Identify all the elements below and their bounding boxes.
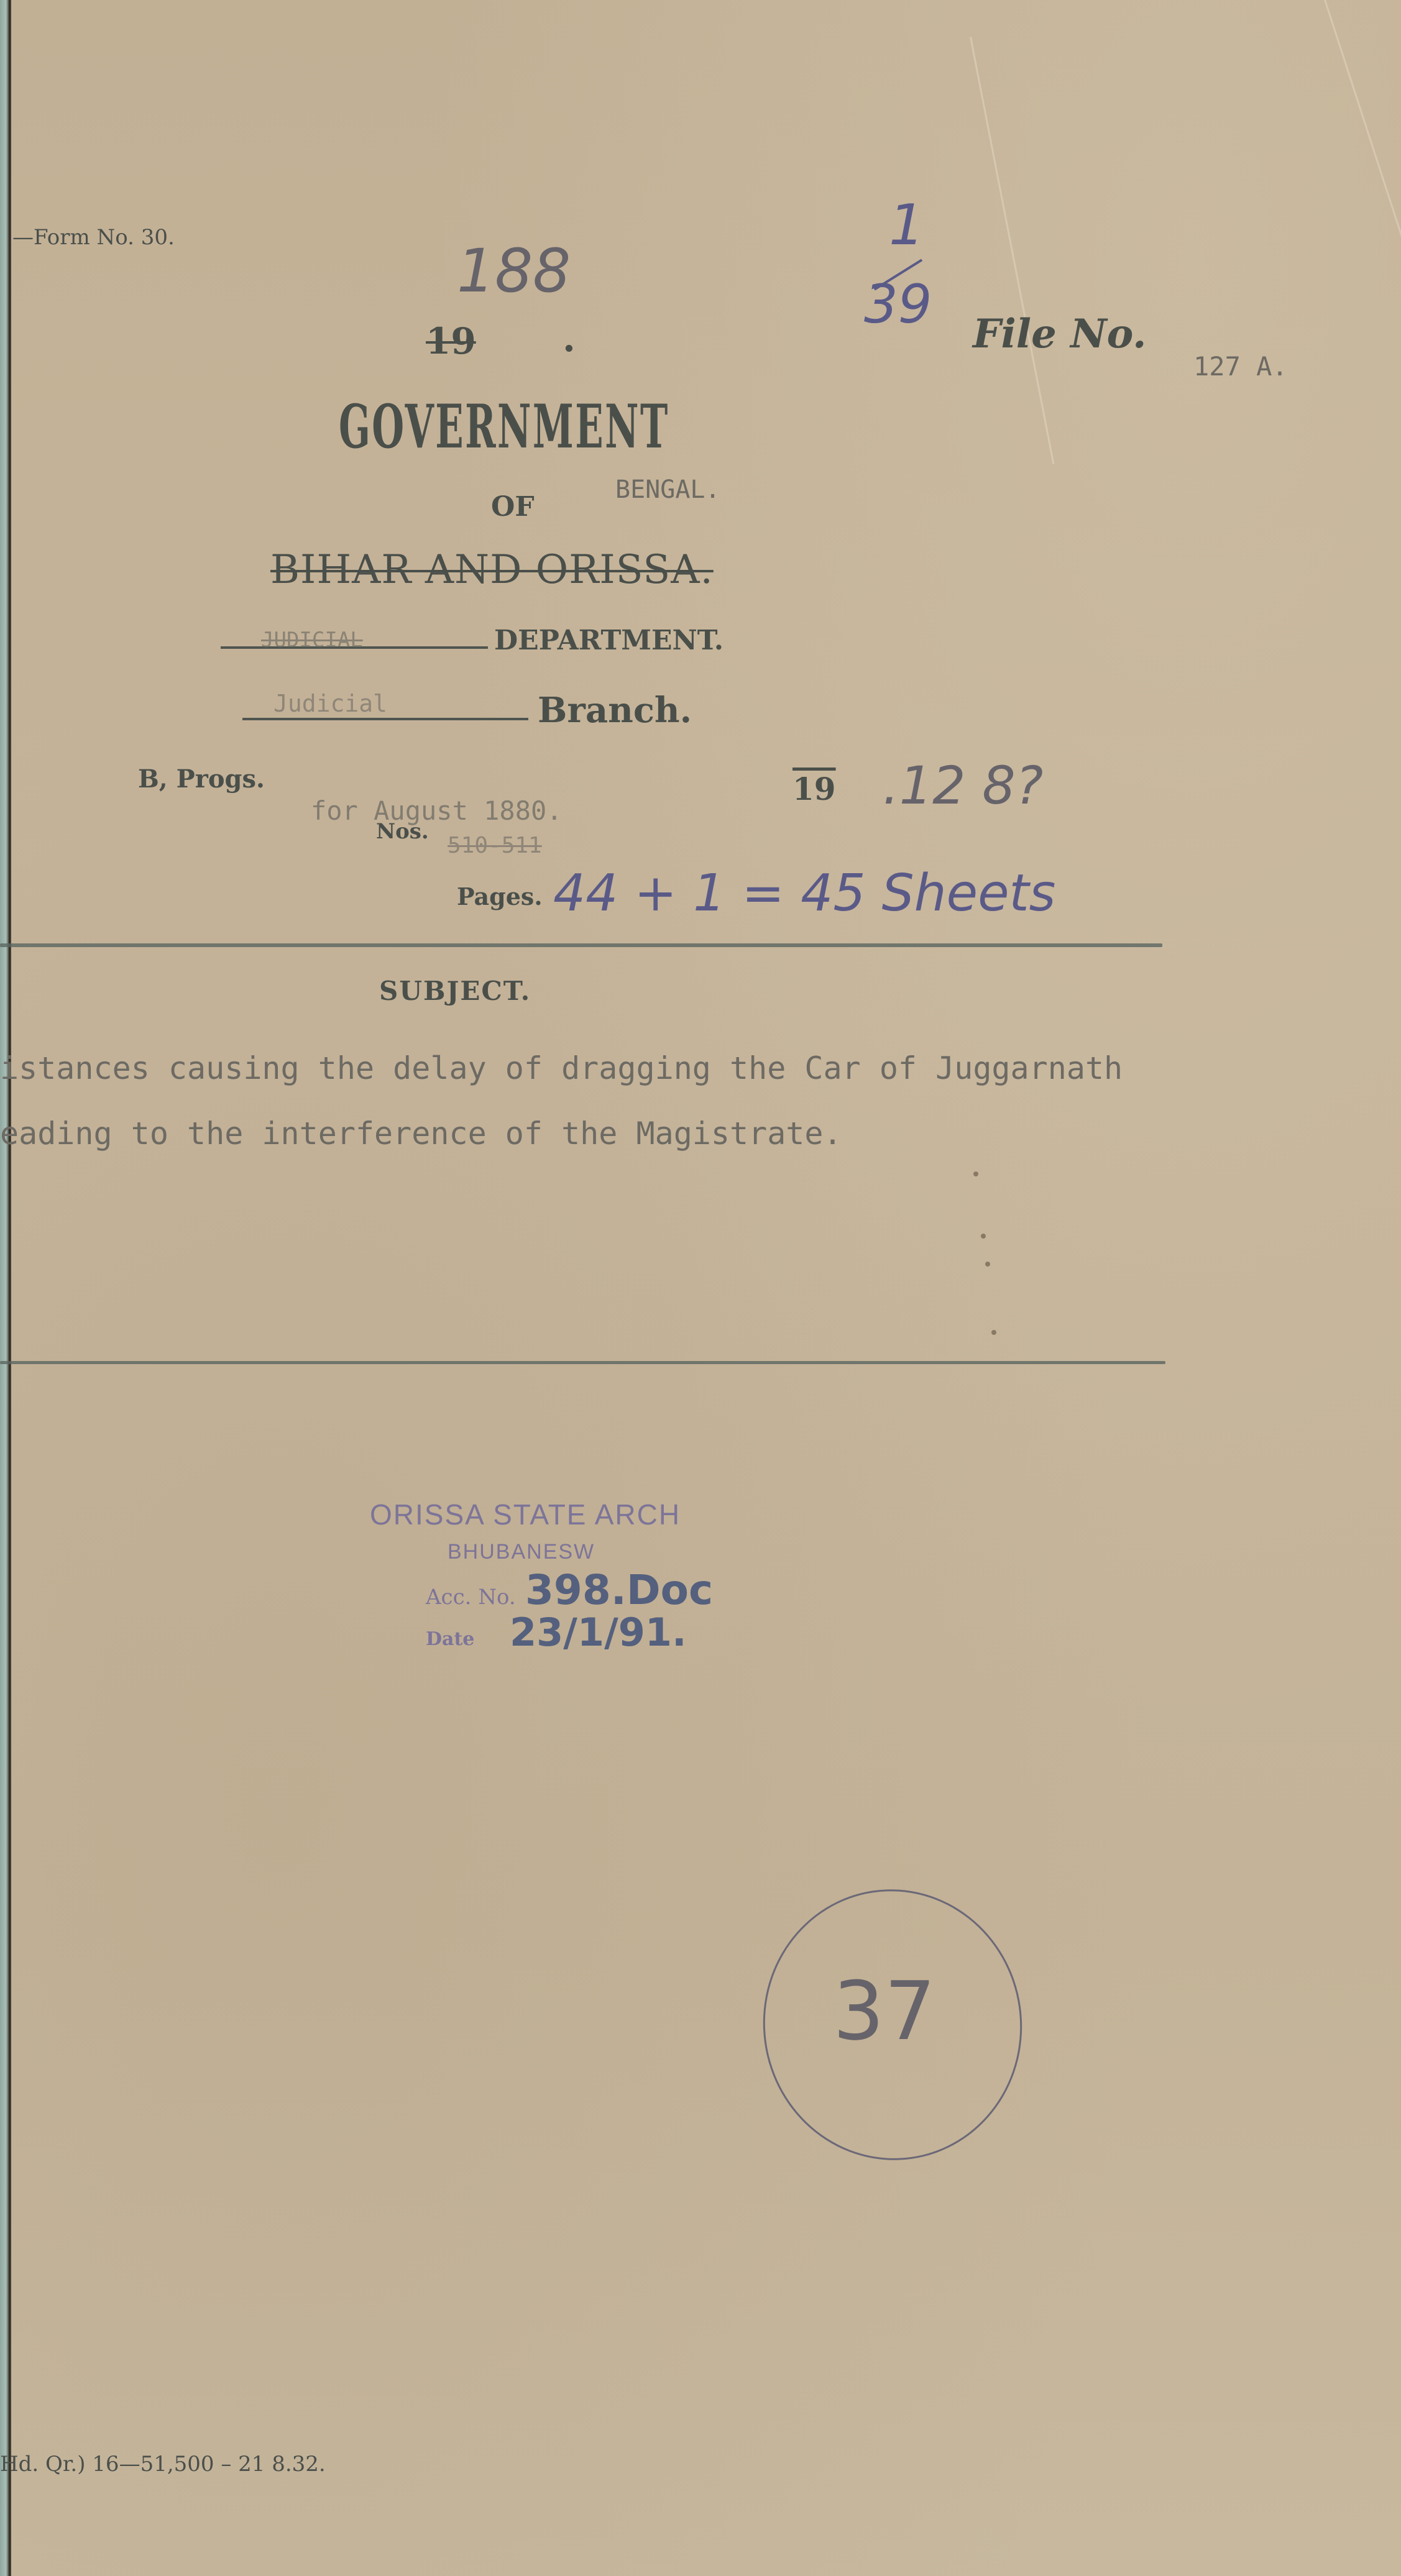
year-dot: .: [563, 317, 576, 360]
divider-rule-bottom: [0, 1361, 1165, 1364]
file-cover-paper: [0, 0, 1401, 2576]
ink-speck: [991, 1330, 996, 1335]
form-number: —Form No. 30.: [12, 225, 175, 250]
divider-rule-top: [0, 943, 1162, 947]
progs-typed: for August 1880.: [311, 795, 563, 826]
circled-number-text: 37: [833, 1964, 935, 2058]
branch-typed-struck: Judicial: [273, 690, 387, 717]
department-typed-struck: JUDICIAL: [261, 628, 363, 653]
fraction-denominator: 39: [864, 273, 932, 336]
footer-imprint: Hd. Qr.) 16—51,500 – 21 8.32.: [0, 2452, 326, 2477]
nos-value-struck: 510-511: [448, 833, 542, 858]
progs-year-handwritten: .12 8?: [883, 755, 1043, 816]
ink-speck: [973, 1171, 978, 1176]
handwritten-year: 188: [457, 236, 571, 306]
subject-line-1: istances causing the delay of dragging t…: [0, 1050, 1123, 1086]
branch-label: Branch.: [538, 690, 692, 731]
file-no-value: 127 A.: [1193, 351, 1288, 382]
ink-speck: [985, 1262, 990, 1267]
heading-government: GOVERNMENT: [339, 392, 872, 462]
archive-stamp-line2: BHUBANESW: [448, 1540, 595, 1564]
acc-no-label: Acc. No.: [426, 1585, 516, 1610]
nos-label: Nos.: [376, 819, 429, 844]
date-value: 23/1/91.: [510, 1610, 687, 1655]
date-label: Date: [426, 1628, 474, 1650]
heading-of: OF: [491, 491, 535, 523]
cover-edge-line: [9, 0, 11, 2576]
department-label: DEPARTMENT.: [494, 625, 723, 656]
progs-year-printed: 19: [792, 771, 836, 807]
pages-handwritten: 44 + 1 = 45 Sheets: [553, 864, 1055, 923]
acc-no-value: 398.Doc: [525, 1566, 713, 1614]
branch-blank-line: [242, 718, 528, 720]
pages-label: Pages.: [457, 882, 543, 910]
ink-speck: [981, 1234, 986, 1239]
province-printed-struck: BIHAR AND ORISSA.: [270, 547, 714, 593]
archive-stamp-line1: ORISSA STATE ARCH: [370, 1498, 681, 1531]
province-typed: BENGAL.: [615, 475, 720, 504]
file-no-label: File No.: [973, 311, 1146, 357]
fraction-numerator: 1: [889, 193, 924, 258]
heading-government-text: GOVERNMENT: [339, 392, 669, 462]
subject-line-2: eading to the interference of the Magist…: [0, 1116, 842, 1152]
printed-year-struck: 19: [426, 320, 476, 362]
subject-heading: SUBJECT.: [379, 976, 531, 1006]
progs-label: B, Progs.: [138, 764, 265, 794]
